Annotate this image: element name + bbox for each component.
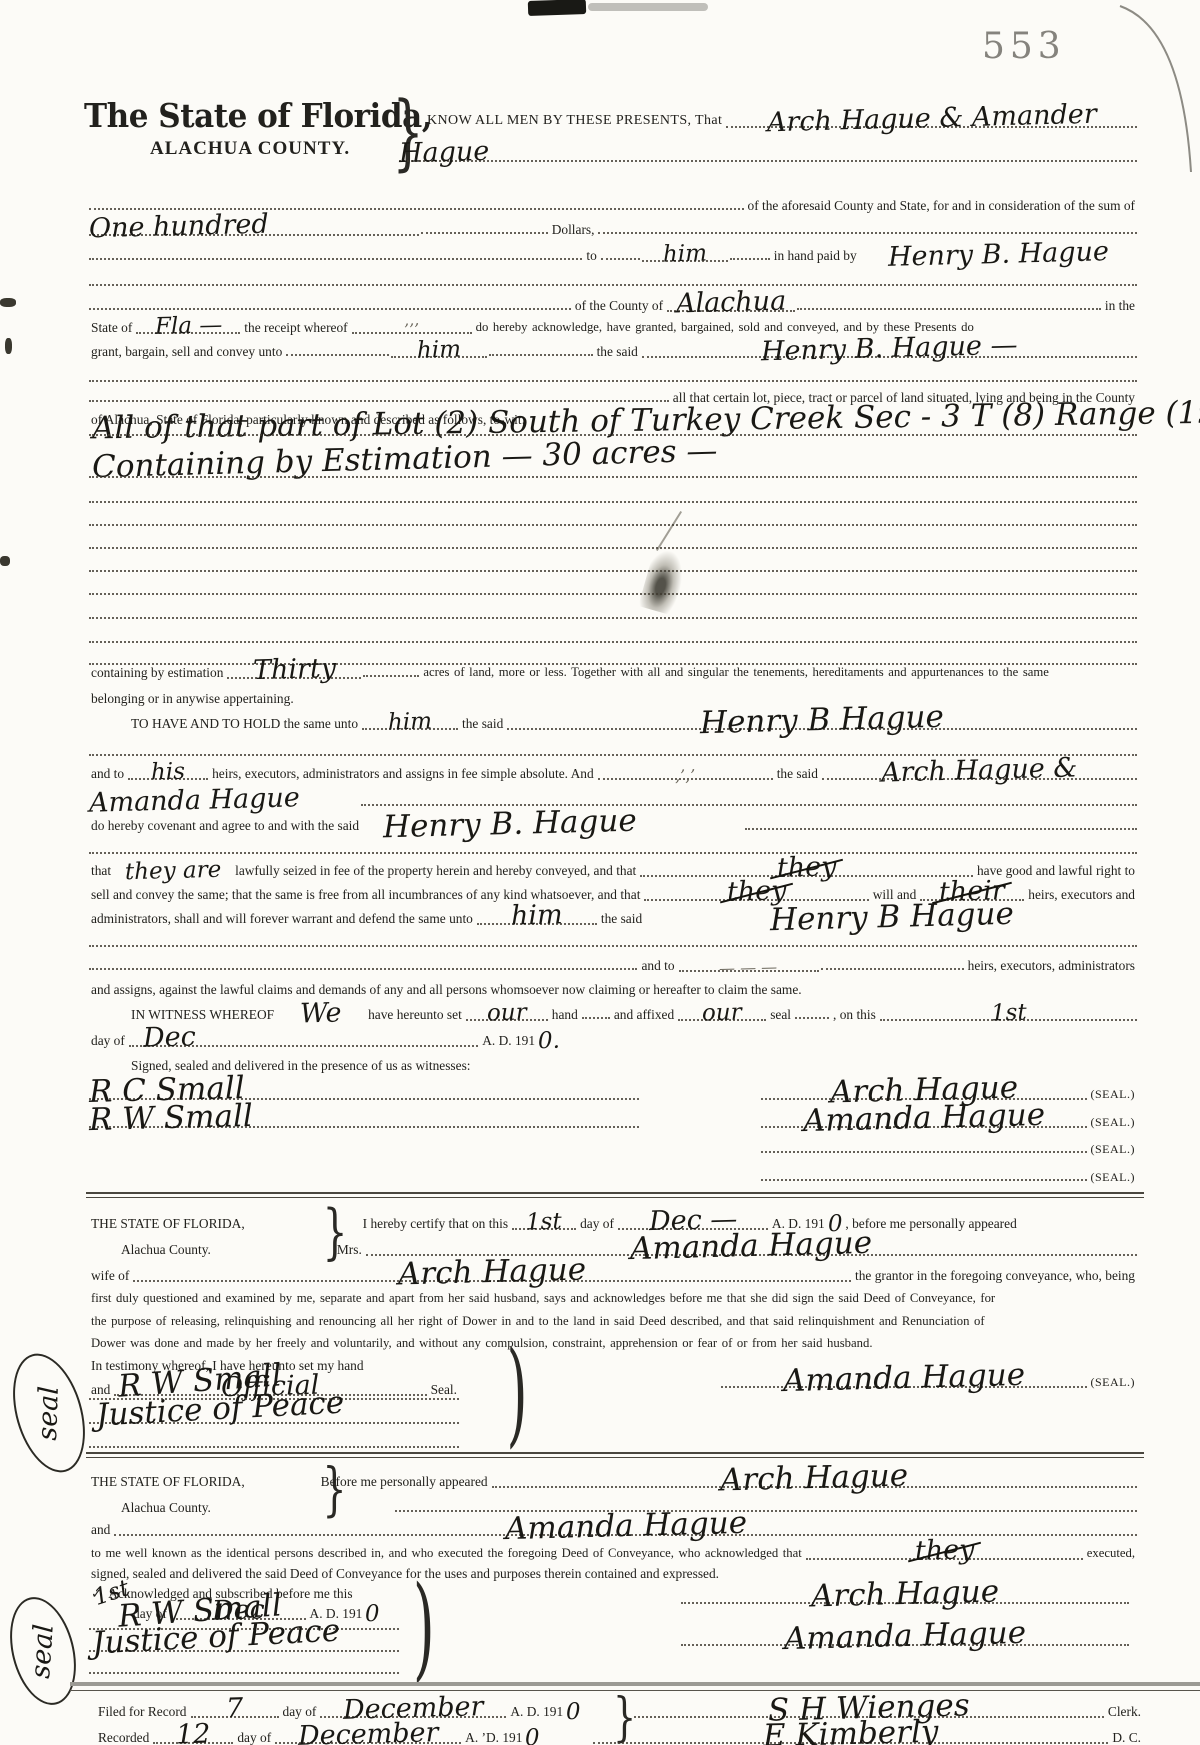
- line-dotted: [88, 550, 1138, 574]
- dotted-leader: [761, 1177, 1087, 1181]
- ditto-fill: ’’’: [352, 323, 472, 334]
- notary1-county-label: Alachua County.: [118, 1243, 214, 1256]
- state-fill: Fla —: [136, 317, 240, 334]
- him4-fill: him: [477, 905, 597, 925]
- our2-fill: our: [678, 1004, 766, 1021]
- witness1-fill: R C Small: [89, 1077, 639, 1100]
- scan-ink-blob: [528, 0, 586, 16]
- line-dotted: [88, 925, 1138, 949]
- heirs-text: heirs, executors, administrators and ass…: [209, 767, 597, 780]
- document-title: The State of Florida,: [84, 96, 432, 135]
- line-grant: grant, bargain, sell and convey unto him…: [88, 334, 1138, 358]
- n2-sig1-fill: Arch Hague: [681, 1581, 1129, 1604]
- n1-month-fill: Dec —: [618, 1210, 768, 1230]
- grantee3-fill: Henry B Hague: [507, 707, 1137, 730]
- seal-label: (SEAL.): [1088, 1116, 1139, 1128]
- grantor-seal-row-1: Arch Hague (SEAL.): [760, 1076, 1138, 1100]
- n2-sig2-fill: Amanda Hague: [681, 1623, 1129, 1646]
- seal-label: (SEAL.): [1088, 1143, 1139, 1155]
- line-warrant: administrators, shall and will forever w…: [88, 901, 1138, 925]
- recorded-label: Recorded: [95, 1731, 152, 1744]
- line-dotted: [88, 504, 1138, 528]
- him2-fill: him: [391, 341, 487, 358]
- notary1-dower: Dower was done and made by her freely an…: [88, 1326, 1138, 1350]
- they-are-fill: they are: [115, 862, 231, 877]
- grantor-seal-row-3: (SEAL.): [760, 1131, 1138, 1155]
- sig2-fill: Amanda Hague: [761, 1105, 1087, 1128]
- grantee5-fill: Henry B Hague: [646, 904, 1137, 925]
- deputy-signature: E Kimberly: [763, 1718, 939, 1745]
- in-hand-label: in hand paid by: [771, 249, 860, 262]
- section-rule: [86, 1452, 1144, 1458]
- his-handwriting: his: [151, 763, 185, 783]
- month-fill: Dec: [129, 1027, 478, 1047]
- ditto2-fill: ,’,’: [598, 769, 773, 780]
- grantors-fill-2: Hague: [399, 142, 1137, 162]
- seal-label: (SEAL.): [1088, 1376, 1139, 1388]
- grantor-seal-row-4: (SEAL.): [760, 1159, 1138, 1183]
- line-dotted: [88, 527, 1138, 551]
- grantor2-signature: Amanda Hague: [802, 1101, 1045, 1134]
- wife-name-fill: Amanda Hague: [366, 1233, 1137, 1256]
- n2-sig2: Amanda Hague: [784, 1619, 1027, 1652]
- line-seized: that they are lawfully seized in fee of …: [88, 853, 1138, 877]
- and-to2-label: and to: [638, 959, 677, 972]
- and-to-label: and to: [88, 767, 127, 780]
- wife-of-label: wife of: [88, 1269, 132, 1282]
- n2-name1-fill: Arch Hague: [492, 1465, 1137, 1488]
- dotted-leader: [89, 966, 637, 970]
- witness-signature-1: R C Small: [88, 1076, 640, 1100]
- him3-fill: him: [362, 713, 458, 730]
- dotted-leader: [363, 673, 419, 677]
- line-witness-date: day of Dec A. D. 191 0.: [88, 1023, 560, 1047]
- dotted-leader: [601, 256, 640, 260]
- line-belonging: belonging or in anywise appertaining.: [88, 681, 1138, 705]
- covenant-label: do hereby covenant and agree to and with…: [88, 819, 362, 832]
- notary2-and-line: and Amanda Hague: [88, 1512, 1138, 1536]
- containing-label: containing by estimation: [88, 666, 226, 679]
- dotted-leader: [286, 352, 389, 356]
- line-county-of: of the County of Alachua in the: [88, 288, 1138, 312]
- clerk-label: Clerk.: [1105, 1705, 1144, 1718]
- witness-signature-2: R W Small: [88, 1104, 640, 1128]
- grantors-handwriting: Arch Hague & Amander: [767, 104, 1097, 136]
- line-dotted: [88, 597, 1138, 621]
- line-dotted: [88, 456, 1138, 480]
- dotted-leader: [89, 522, 1137, 526]
- clerk-sig-fill: S H Wienges: [634, 1695, 1104, 1718]
- sum-fill: One hundred: [89, 216, 419, 236]
- set-label: have hereunto set: [365, 1008, 465, 1021]
- they2-fill: they: [644, 881, 868, 901]
- seal-word-label: seal: [767, 1008, 794, 1021]
- day-handwriting: 1st: [990, 1004, 1026, 1024]
- line-dotted: [88, 264, 1138, 288]
- him3-handwriting: him: [388, 713, 432, 734]
- filed-ad-label: A. D. 191: [507, 1705, 566, 1718]
- heirs2-text: heirs, executors and: [1025, 888, 1138, 901]
- n1-day-fill: 1st: [512, 1213, 576, 1230]
- notary1-line-1: THE STATE OF FLORIDA, I hereby certify t…: [88, 1206, 1138, 1230]
- line-witnesses-label: Signed, sealed and delivered in the pres…: [128, 1048, 1138, 1072]
- warrant-text: administrators, shall and will forever w…: [88, 912, 476, 925]
- dotted-leader: [795, 1015, 829, 1019]
- dotted-leader: [89, 474, 1137, 478]
- dotted-leader: [489, 352, 592, 356]
- n1-day-handwriting: 1st: [526, 1213, 562, 1233]
- line-dotted: [88, 414, 1138, 438]
- line-sum: One hundred Dollars,: [88, 212, 1138, 236]
- grantee4-fill: Henry B. Hague: [363, 811, 743, 832]
- dotted-leader: [89, 282, 1137, 286]
- notary1-state-label: THE STATE OF FLORIDA,: [88, 1217, 248, 1230]
- seized-text: lawfully seized in fee of the property h…: [232, 864, 639, 877]
- county-fill: Alachua: [667, 292, 795, 312]
- filed-label: Filed for Record: [95, 1705, 190, 1718]
- belonging-text: belonging or in anywise appertaining.: [88, 692, 297, 705]
- n2-name1-handwriting: Arch Hague: [720, 1462, 909, 1493]
- n1-sig-fill: Amanda Hague: [721, 1365, 1087, 1388]
- deputy-sig-fill: E Kimberly: [593, 1721, 1108, 1744]
- county-subtitle: ALACHUA COUNTY.: [150, 138, 350, 160]
- ditto2-marks: ,’,’: [675, 769, 696, 783]
- notary2-signature-row-2: Amanda Hague: [680, 1622, 1130, 1646]
- notary1-seal-oval: seal: [0, 1345, 97, 1480]
- edge-speck: [0, 556, 10, 566]
- grantors2a-handwriting: Arch Hague &: [881, 757, 1078, 785]
- n1-day-of-label: day of: [577, 1217, 617, 1230]
- dotted-leader: [421, 230, 548, 234]
- dotted-leader: [89, 1670, 399, 1674]
- receipt-label: the receipt whereof: [241, 321, 350, 334]
- dotted-leader: [89, 499, 1137, 503]
- page-number: 553: [982, 26, 1066, 67]
- grantors-fill: Arch Hague & Amander: [726, 108, 1137, 128]
- rec-ad-label: A. ’D. 191: [462, 1731, 525, 1744]
- dollars-label: Dollars,: [549, 223, 598, 236]
- presents-label: KNOW ALL MEN BY THESE PRESENTS, That: [424, 114, 725, 128]
- witness2-fill: R W Small: [89, 1105, 639, 1128]
- section-rule: [86, 1192, 1144, 1198]
- dotted-leader: [761, 1149, 1087, 1153]
- filed-day-of-label: day of: [280, 1705, 320, 1718]
- claims-text: and assigns, against the lawful claims a…: [88, 983, 805, 996]
- n1-signature: Amanda Hague: [782, 1361, 1025, 1394]
- that-label: that: [88, 864, 114, 877]
- our2-handwriting: our: [702, 1004, 742, 1025]
- they1-fill: they: [640, 857, 973, 877]
- n2-sig1: Arch Hague: [811, 1578, 1000, 1609]
- dotted-leader: [582, 1015, 610, 1019]
- line-containing: containing by estimation Thirty acres of…: [88, 655, 1138, 679]
- notary2-closing-brace: ): [413, 1572, 435, 1684]
- line-dotted: [88, 621, 1138, 645]
- edge-speck: [5, 338, 12, 354]
- the-said-label: the said: [594, 345, 641, 358]
- our1-handwriting: our: [487, 1004, 527, 1025]
- notary2-state-label: THE STATE OF FLORIDA,: [88, 1475, 248, 1488]
- the-said-label: the said: [598, 912, 645, 925]
- rec-day-fill: 12: [153, 1724, 233, 1744]
- his-fill: his: [128, 763, 208, 780]
- seal-label: (SEAL.): [1088, 1088, 1139, 1100]
- filed-day-handwriting: 7: [226, 1698, 244, 1721]
- dotted-leader: [598, 230, 1137, 234]
- filed-line: Filed for Record 7 day of December A. D.…: [95, 1694, 1144, 1718]
- grantee3-handwriting: Henry B Hague: [700, 703, 944, 736]
- notary1-seal-word: seal: [37, 1385, 62, 1440]
- dc-label: D. C.: [1109, 1731, 1144, 1744]
- line-and-to-his: and to his heirs, executors, administrat…: [88, 756, 1138, 780]
- line-presents: KNOW ALL MEN BY THESE PRESENTS, That Arc…: [424, 104, 1138, 128]
- dotted-leader: [730, 256, 769, 260]
- filed-day-fill: 7: [191, 1698, 279, 1718]
- aforesaid-text: of the aforesaid County and State, for a…: [745, 199, 1139, 212]
- to-have-label: TO HAVE AND TO HOLD the same unto: [128, 717, 361, 730]
- notary1-questioned: first duly questioned and examined by me…: [88, 1281, 1138, 1305]
- filed-month-fill: December: [320, 1698, 506, 1718]
- line-claims: and assigns, against the lawful claims a…: [88, 972, 1138, 996]
- notary1-signature-row: Amanda Hague (SEAL.): [720, 1364, 1138, 1388]
- dotted-leader: [89, 615, 1137, 619]
- dotted-leader: [89, 568, 1137, 572]
- line-grantors-2: Hague: [398, 138, 1138, 162]
- husband-name-fill: Arch Hague: [133, 1259, 851, 1282]
- dotted-leader: [89, 1444, 459, 1448]
- dotted-leader: [745, 826, 1137, 830]
- grantors-handwriting-2: Hague: [399, 141, 490, 166]
- rec-day-handwriting: 12: [176, 1724, 211, 1745]
- seal-label: (SEAL.): [1088, 1171, 1139, 1183]
- rec-month-handwriting: December: [298, 1722, 439, 1745]
- dotted-leader: [821, 966, 964, 970]
- we-fill: We: [278, 1003, 364, 1021]
- notary2-line-1: THE STATE OF FLORIDA, Before me personal…: [88, 1464, 1138, 1488]
- rec-day-of-label: day of: [234, 1731, 274, 1744]
- our1-fill: our: [466, 1004, 548, 1021]
- him2-handwriting: him: [417, 341, 461, 362]
- grantee2-fill: Henry B. Hague —: [642, 338, 1137, 358]
- the-said-label: the said: [459, 717, 506, 730]
- dotted-leader: [361, 802, 1137, 806]
- heirs3-text: heirs, executors, administrators: [965, 959, 1138, 972]
- n2-and-label: and: [88, 1523, 113, 1536]
- grantor-text: the grantor in the foregoing conveyance,…: [852, 1269, 1138, 1282]
- dashes-fill: — — —: [679, 961, 819, 972]
- notary2-seal-oval: seal: [0, 1590, 86, 1712]
- grantee-fill: Henry B. Hague: [861, 244, 1137, 262]
- acreage-handwriting: Thirty: [253, 658, 337, 683]
- line-dotted: [88, 573, 1138, 597]
- him-handwriting: him: [663, 245, 707, 266]
- deed-record-page: 553 The State of Florida, ALACHUA COUNTY…: [0, 0, 1200, 1745]
- scan-smear: [588, 3, 708, 11]
- line-and-to-2: and to — — — heirs, executors, administr…: [88, 948, 1138, 972]
- certify-label: I hereby certify that on this: [360, 1217, 511, 1230]
- grantors2b-fill: Amanda Hague: [89, 790, 359, 808]
- notary1-closing-brace: ): [507, 1337, 528, 1450]
- hand-label: hand: [549, 1008, 581, 1021]
- him-fill: him: [642, 245, 728, 262]
- to-label: to: [583, 249, 599, 262]
- dotted-leader: [89, 943, 1137, 947]
- signed-delivered-label: Signed, sealed and delivered in the pres…: [128, 1059, 474, 1072]
- state-of-label: State of: [88, 321, 135, 334]
- on-this-label: , on this: [830, 1008, 879, 1021]
- grant-label: grant, bargain, sell and convey unto: [88, 345, 285, 358]
- acreage-fill: Thirty: [227, 659, 361, 679]
- edge-speck: [0, 298, 16, 307]
- dotted-leader: [89, 206, 744, 210]
- dotted-leader: [89, 545, 1137, 549]
- notary1-purpose: the purpose of releasing, relinquishing …: [88, 1304, 1138, 1328]
- affixed-label: and affixed: [611, 1008, 677, 1021]
- notary1-wife-of: wife of Arch Hague the grantor in the fo…: [88, 1258, 1138, 1282]
- acres-text: acres of land, more or less. Together wi…: [420, 666, 1051, 679]
- line-covenant: do hereby covenant and agree to and with…: [88, 808, 1138, 832]
- notary2-signature-row-1: Arch Hague: [680, 1580, 1130, 1604]
- dotted-leader: [89, 256, 582, 260]
- day-of-label: day of: [88, 1034, 128, 1047]
- witness2-signature: R W Small: [89, 1103, 253, 1134]
- grantors2a-fill: Arch Hague &: [822, 760, 1137, 780]
- in-witness-label: IN WITNESS WHEREOF: [128, 1008, 277, 1021]
- mrs-label: Mrs.: [334, 1243, 365, 1256]
- notary2-seal-word: seal: [30, 1623, 57, 1679]
- recorded-line: Recorded 12 day of December A. ’D. 191 0…: [95, 1720, 1144, 1744]
- rec-month-fill: December: [275, 1724, 461, 1744]
- line-paid-by: to him in hand paid by Henry B. Hague: [88, 238, 1138, 262]
- notary1-line-2: Alachua County. Mrs. Amanda Hague: [118, 1232, 1138, 1256]
- day-fill: 1st: [880, 1004, 1137, 1021]
- rec-year-digit: 0: [525, 1729, 540, 1745]
- line-to-have: TO HAVE AND TO HOLD the same unto him th…: [128, 706, 1138, 730]
- the-said-label: the said: [774, 767, 821, 780]
- dotted-leader: [89, 591, 1137, 595]
- ad-label: A. D. 191: [479, 1034, 538, 1047]
- line-in-witness: IN WITNESS WHEREOF We have hereunto set …: [128, 997, 1138, 1021]
- n2-name2-fill: Amanda Hague: [114, 1513, 1137, 1536]
- line-dotted: [88, 481, 1138, 505]
- before-label: Before me personally appeared: [318, 1475, 491, 1488]
- grantor-seal-row-2: Amanda Hague (SEAL.): [760, 1104, 1138, 1128]
